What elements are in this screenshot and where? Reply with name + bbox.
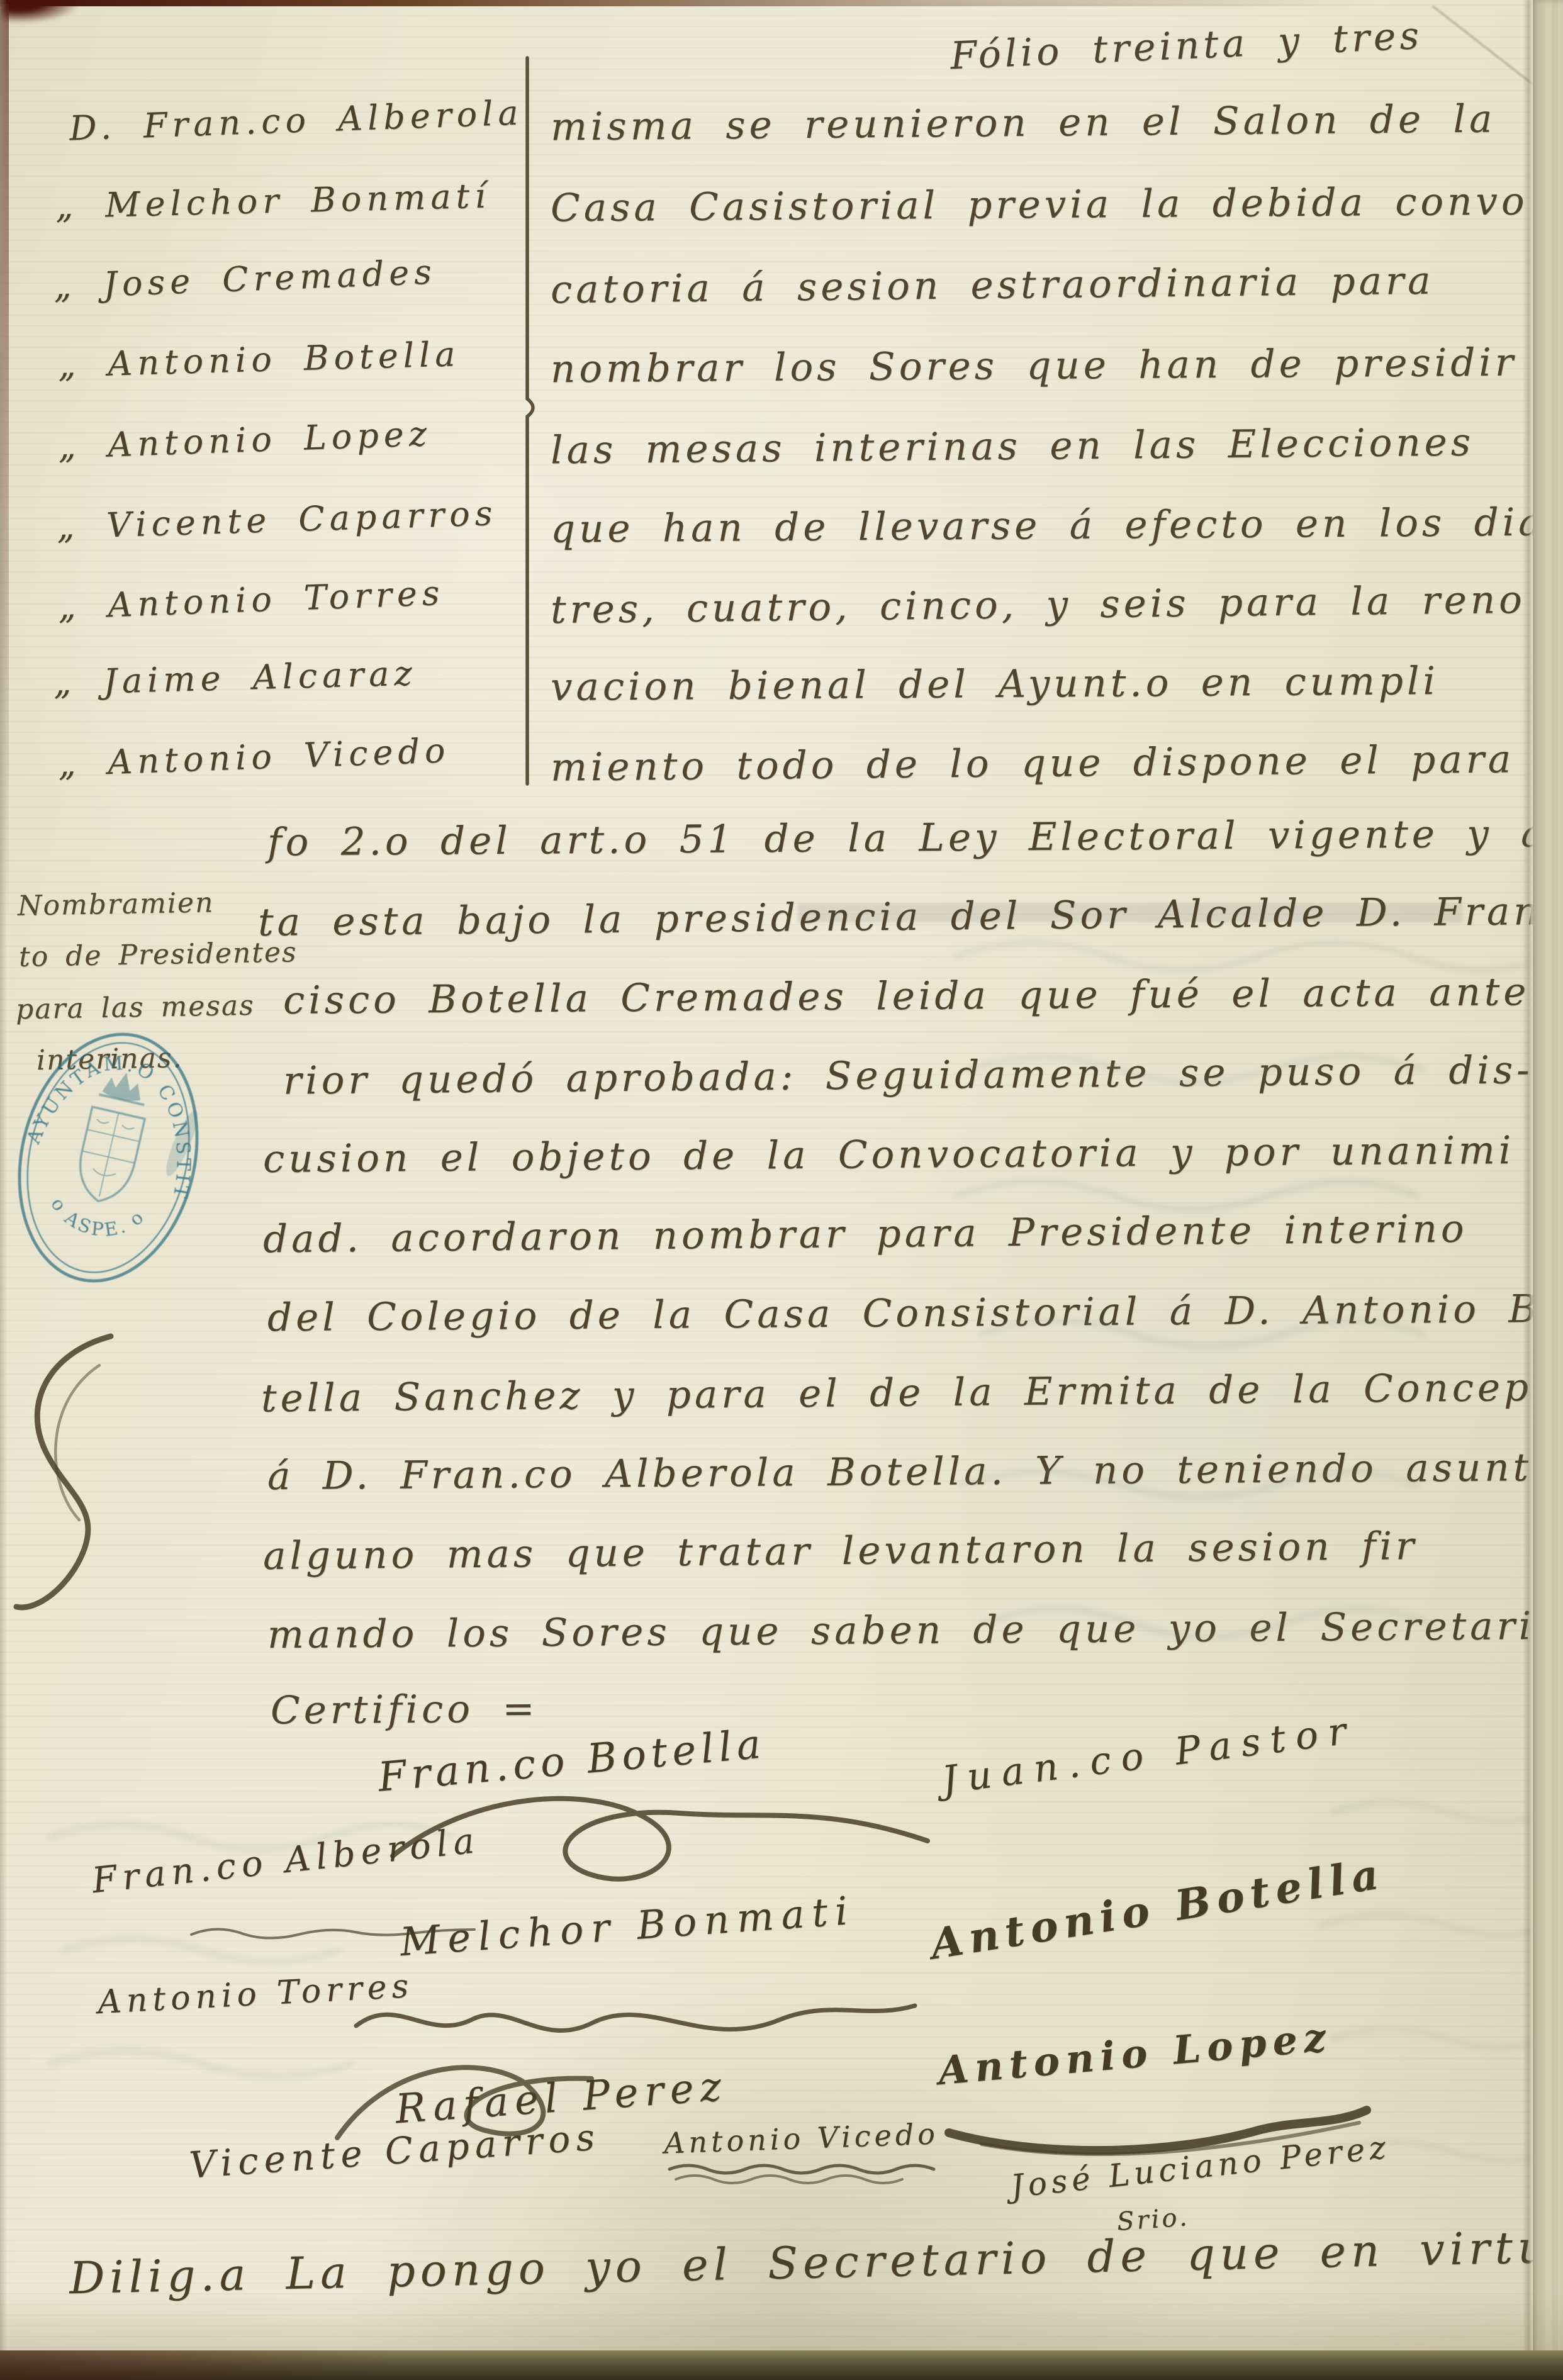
body-line: que han de llevarse á efecto en los dias [551, 500, 1563, 551]
paragraph-line: cisco Botella Cremades leida que fué el … [283, 969, 1530, 1023]
paragraph-line: del Colegio de la Casa Consistorial á D.… [267, 1287, 1563, 1340]
signature: José Luciano Perez [1009, 2129, 1392, 2205]
paragraph-line: rior quedó aprobada: Seguidamente se pus… [283, 1048, 1533, 1103]
attendee-name: „ Antonio Lopez [57, 414, 432, 467]
body-line: tres, cuatro, cinco, y seis para la reno [551, 578, 1526, 632]
manuscript-page: Fólio treinta y tres D. Fran.co Alberola… [0, 0, 1563, 2380]
paragraph-line: á D. Fran.co Alberola Botella. Y no teni… [267, 1445, 1559, 1499]
signature: Antonio Lopez [936, 2014, 1334, 2094]
paragraph-line: mando los Sores que saben de que yo el S… [267, 1604, 1562, 1657]
attendee-name: „ Melchor Bonmatí [55, 176, 491, 226]
paragraph-line: alguno mas que tratar levantaron la sesi… [263, 1524, 1418, 1578]
paragraph-line: dad. acordaron nombrar para Presidente i… [263, 1207, 1468, 1262]
margin-swirl-rubric [5, 1327, 131, 1629]
signature: Antonio Torres [97, 1967, 415, 2021]
folio-number-note: Fólio treinta y tres [950, 14, 1424, 79]
signature: Antonio Vicedo [663, 2116, 939, 2160]
attendee-name: „ Vicente Caparros [56, 493, 498, 547]
paragraph-line: cusion el objeto de la Convocatoria y po… [263, 1128, 1515, 1182]
page-top-edge [0, 0, 1563, 6]
attendee-name: „ Jose Cremades [53, 252, 437, 306]
paragraph-line: Certifico = [271, 1687, 539, 1733]
svg-text:o ASPE. o: o ASPE. o [42, 1186, 152, 1251]
margin-divider-rule [516, 55, 541, 788]
page-torn-right-edge [1523, 0, 1533, 2380]
stamp-town-text: o ASPE. o [42, 1186, 152, 1251]
body-line: las mesas interinas en las Elecciones [551, 420, 1475, 473]
paragraph-line: ta esta bajo la presidencia del Sor Alca… [258, 889, 1542, 945]
stamp-shield-icon [72, 1107, 145, 1207]
signature: Antonio Botella [927, 1848, 1387, 1969]
binding-corner-shadow [0, 0, 107, 34]
paragraph-line: fo 2.o del art.o 51 de la Ley Electoral … [267, 810, 1563, 864]
signature-rubric [352, 1982, 919, 2057]
body-line: nombrar los Sores que han de presidir [551, 340, 1517, 392]
page-bottom-shading [0, 2290, 1563, 2353]
page-left-edge [0, 0, 7, 2380]
body-line: miento todo de lo que dispone el para [551, 737, 1515, 790]
attendee-name: D. Fran.co Alberola [69, 92, 524, 148]
attendee-name: „ Antonio Torres [57, 573, 445, 627]
body-line: misma se reunieron en el Salon de la [551, 96, 1496, 149]
municipal-stamp: AYUNTAM.O CONSTITUCIONAL o ASPE. o [0, 1008, 227, 1307]
page-bottom-corner-shadow [0, 2350, 390, 2380]
signature: Juan.co Pastor [939, 1708, 1359, 1802]
signature: Vicente Caparros [188, 2115, 602, 2186]
body-line: Casa Casistorial previa la debida convo [551, 179, 1528, 231]
margin-note-line: to de Presidentes [19, 936, 298, 973]
attendee-name: „ Jaime Alcaraz [53, 653, 417, 702]
signature: Fran.co Alberola [90, 1820, 481, 1901]
signature-rubric [667, 2163, 963, 2188]
signature: Melchor Bonmati [398, 1887, 856, 1965]
paragraph-line: tella Sanchez y para el de la Ermita de … [261, 1365, 1563, 1421]
body-line: vacion bienal del Ayunt.o en cumpli [551, 659, 1439, 710]
margin-note-line: Nombramien [18, 886, 215, 922]
attendee-name: „ Antonio Vicedo [57, 730, 451, 784]
body-line: catoria á sesion estraordinaria para [551, 259, 1435, 313]
adjacent-page-edge [1533, 0, 1563, 2380]
attendee-name: „ Antonio Botella [57, 334, 461, 385]
signature: Fran.co Botella [376, 1721, 768, 1801]
